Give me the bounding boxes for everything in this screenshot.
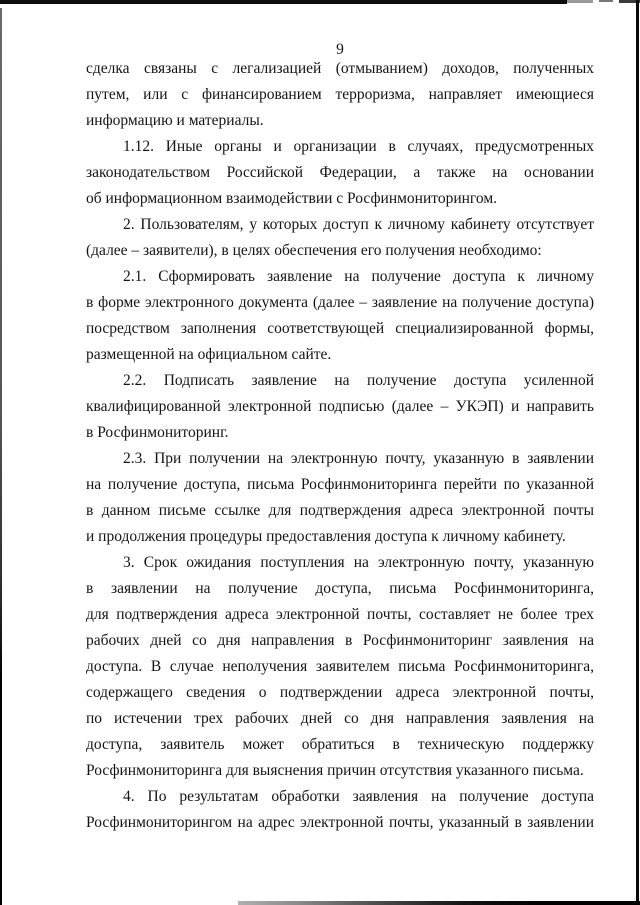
- text-line: в форме электронного документа (далее – …: [86, 290, 594, 316]
- text-line: 1.12. Иные органы и организации в случая…: [86, 134, 594, 160]
- scanned-document-page: 9 сделка связаны с легализацией (отмыван…: [0, 0, 640, 905]
- text-line: путем, или с финансированием терроризма,…: [86, 82, 594, 108]
- text-line: рабочих дней со дня направления в Росфин…: [86, 628, 594, 654]
- text-line: в заявлении на получение доступа, письма…: [86, 576, 594, 602]
- text-line: 2.3. При получении на электронную почту,…: [86, 446, 594, 472]
- text-line: размещенной на официальном сайте.: [86, 342, 594, 368]
- text-line: Росфинмониторинга для выяснения причин о…: [86, 758, 594, 784]
- top-edge-scan-artifact-segment: [567, 0, 593, 3]
- text-line: доступа, заявитель может обратиться в те…: [86, 732, 594, 758]
- text-line: 2. Пользователям, у которых доступ к лич…: [86, 212, 594, 238]
- text-line: Росфинмониторингом на адрес электронной …: [86, 810, 594, 836]
- text-line: 3. Срок ожидания поступления на электрон…: [86, 550, 594, 576]
- text-line: доступа. В случае неполучения заявителем…: [86, 654, 594, 680]
- top-edge-scan-artifact-segment: [599, 0, 613, 2]
- text-line: в Росфинмониторинг.: [86, 420, 594, 446]
- text-line: сделка связаны с легализацией (отмывание…: [86, 56, 594, 82]
- text-line: 2.1. Сформировать заявление на получение…: [86, 264, 594, 290]
- text-line: (далее – заявители), в целях обеспечения…: [86, 238, 594, 264]
- text-line: посредством заполнения соответствующей с…: [86, 316, 594, 342]
- text-line: и продолжения процедуры предоставления д…: [86, 524, 594, 550]
- text-line: 2.2. Подписать заявление на получение до…: [86, 368, 594, 394]
- text-line: содержащего сведения о подтверждении адр…: [86, 680, 594, 706]
- text-line: информацию и материалы.: [86, 108, 594, 134]
- text-line: законодательством Российской Федерации, …: [86, 160, 594, 186]
- text-line: для подтверждения адреса электронной поч…: [86, 602, 594, 628]
- right-edge-scan-artifact: [636, 0, 639, 905]
- text-line: в данном письме ссылке для подтверждения…: [86, 498, 594, 524]
- document-body: сделка связаны с легализацией (отмывание…: [86, 56, 594, 836]
- text-line: 4. По результатам обработки заявления на…: [86, 784, 594, 810]
- text-line: по истечении трех рабочих дней со дня на…: [86, 706, 594, 732]
- bottom-edge-scan-artifact: [238, 901, 640, 905]
- top-edge-scan-artifact: [0, 0, 567, 4]
- left-edge-scan-artifact: [0, 8, 2, 905]
- text-line: на получение доступа, письма Росфинмонит…: [86, 472, 594, 498]
- text-line: квалифицированной электронной подписью (…: [86, 394, 594, 420]
- text-line: об информационном взаимодействии с Росфи…: [86, 186, 594, 212]
